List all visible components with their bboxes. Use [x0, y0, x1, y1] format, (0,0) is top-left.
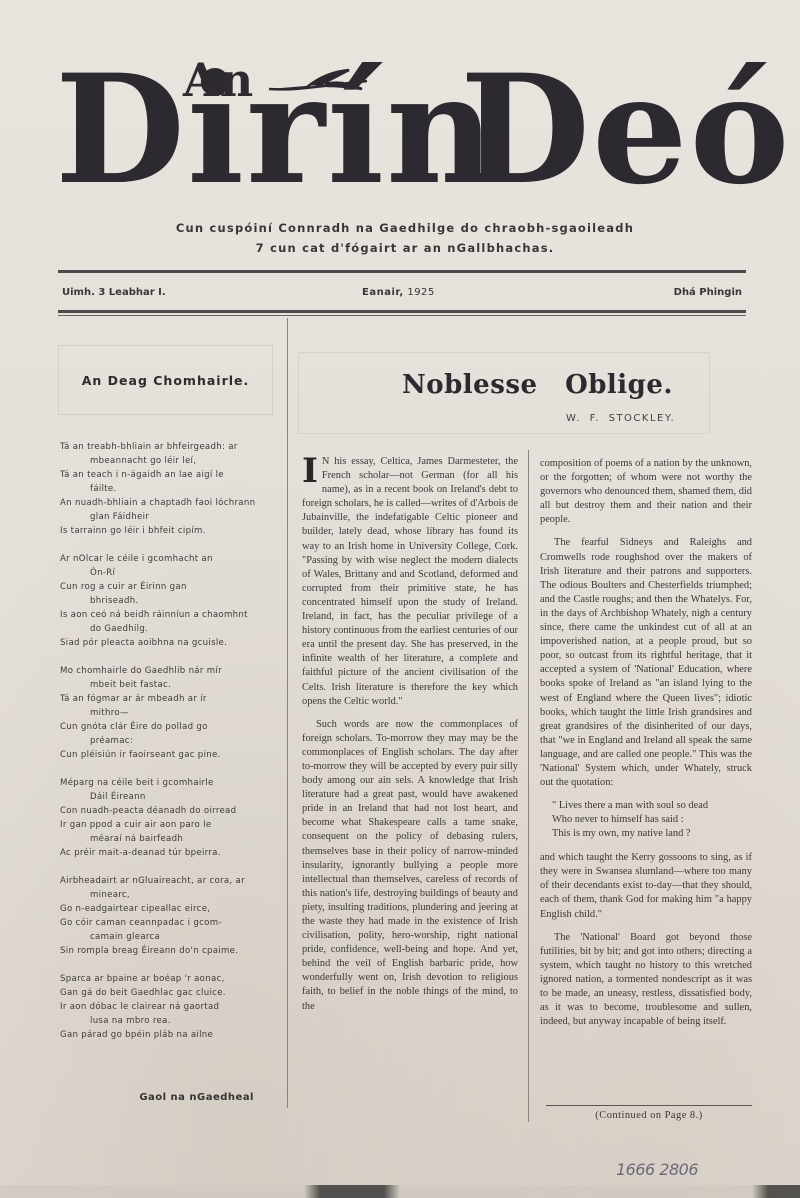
poem-line: camain glearca	[60, 930, 282, 944]
poem-line: Go n-eadgairtear cipeallac eirce,	[60, 902, 282, 916]
poem-stanza: Ar nOlcar le céile i gcomhacht anÓn-RíCu…	[60, 552, 282, 650]
poem-line: Ón-Rí	[60, 566, 282, 580]
poem-title-box: An Deag Chomhairle.	[58, 345, 273, 415]
poem-line: Cun pléisiún ir faoirseant gac pine.	[60, 748, 282, 762]
masthead: Dirín Deó An	[55, 35, 755, 215]
poem-line: Sin rompla breag Éireann do'n cpaime.	[60, 944, 282, 958]
poem-line: Go cóir caman ceannpadac i gcom-	[60, 916, 282, 930]
poem-line: lusa na mbro rea.	[60, 1014, 282, 1028]
article-paragraph: The fearful Sidneys and Raleighs and Cro…	[540, 536, 752, 790]
poem-line: An nuadh-bhliain a chaptadh faoi lóchran…	[60, 496, 282, 510]
poem-stanza: Tá an treabh-bhliain ar bhfeirgeadh: arm…	[60, 440, 282, 538]
poem-stanza: Mo chomhairle do Gaedhlib nár mírmbeit b…	[60, 664, 282, 762]
poem-line: Tá an treabh-bhliain ar bhfeirgeadh: ar	[60, 440, 282, 454]
catalog-number: 1666 2806	[616, 1160, 698, 1179]
poem-line: mithro—	[60, 706, 282, 720]
article-column-3: composition of poems of a nation by the …	[540, 457, 752, 1038]
issue-bar-bottom-rule	[58, 310, 746, 313]
issue-price: Dhá Phingin	[674, 287, 742, 298]
poem-title: An Deag Chomhairle.	[82, 373, 250, 388]
article-title: Noblesse Oblige.	[402, 370, 673, 400]
article-paragraph: IN his essay, Celtica, James Darmesteter…	[302, 455, 518, 709]
poem-line: préamac:	[60, 734, 282, 748]
issue-date: Eanair, 1925	[362, 287, 435, 298]
poem-line: Tá an fógmar ar ár mbeadh ar ír	[60, 692, 282, 706]
poem-line: do Gaedhilg.	[60, 622, 282, 636]
poem-quotation: " Lives there a man with soul so dead Wh…	[552, 799, 752, 841]
poem-line: Ir gan ppod a cuir air aon paro le	[60, 818, 282, 832]
poem-line: Ir aon dóbac le clairear ná gaortad	[60, 1000, 282, 1014]
poem-stanza: Méparg na céile beit i gcomhairleDáil Éi…	[60, 776, 282, 860]
issue-month: Eanair,	[362, 287, 404, 298]
continued-note: (Continued on Page 8.)	[546, 1110, 752, 1121]
masthead-title-word2: Deó	[460, 55, 792, 205]
poem-line: Is tarrainn go léir i bhfeit cipím.	[60, 524, 282, 538]
poem-line: mbeit beit fastac.	[60, 678, 282, 692]
masthead-subtitle: Cun cuspóiní Connradh na Gaedhilge do ch…	[55, 218, 755, 258]
column-divider-1	[287, 318, 288, 1108]
poem-line: Gan párad go bpéin pláb na ailne	[60, 1028, 282, 1042]
poem-line: Méparg na céile beit i gcomhairle	[60, 776, 282, 790]
poem-line: Con nuadh-peacta déanadh do oirread	[60, 804, 282, 818]
poem-body: Tá an treabh-bhliain ar bhfeirgeadh: arm…	[60, 440, 282, 1056]
poem-line: Cun rog a cuir ar Éirinn gan	[60, 580, 282, 594]
poem-stanza: Sparca ar bpaine ar boéap 'r aonac,Gan g…	[60, 972, 282, 1042]
poem-line: Sparca ar bpaine ar boéap 'r aonac,	[60, 972, 282, 986]
newspaper-page: Dirín Deó An Cun cuspóiní Connradh na Ga…	[0, 0, 800, 1198]
issue-year: 1925	[407, 287, 434, 298]
poem-line: Ac préir mait-a-deanad túr bpeirra.	[60, 846, 282, 860]
top-rule	[58, 270, 746, 273]
leaf-flourish-icon	[267, 67, 377, 97]
poem-stanza: Airbheadairt ar nGluaireacht, ar cora, a…	[60, 874, 282, 958]
poem-line: minearc,	[60, 888, 282, 902]
poem-line: bhriseadh.	[60, 594, 282, 608]
quote-line: This is my own, my native land ?	[552, 827, 752, 841]
poem-line: Gan gá do beit Gaedhlac gac cluice.	[60, 986, 282, 1000]
poem-line: Ar nOlcar le céile i gcomhacht an	[60, 552, 282, 566]
subtitle-line-2: 7 cun cat d'fógairt ar an nGallbhachas.	[55, 238, 755, 258]
subtitle-line-1: Cun cuspóiní Connradh na Gaedhilge do ch…	[55, 218, 755, 238]
article-paragraph: The 'National' Board got beyond those fu…	[540, 931, 752, 1030]
poem-line: méaraí ná bairfeadh	[60, 832, 282, 846]
poem-line: Airbheadairt ar nGluaireacht, ar cora, a…	[60, 874, 282, 888]
poem-line: Siad pór pleacta aoibhna na gcuisle.	[60, 636, 282, 650]
poem-line: mbeannacht go léir leí,	[60, 454, 282, 468]
quote-line: " Lives there a man with soul so dead	[552, 799, 752, 813]
article-author: W. F. STOCKLEY.	[566, 413, 675, 424]
article-column-2: IN his essay, Celtica, James Darmesteter…	[302, 455, 518, 1023]
article-paragraph: and which taught the Kerry gossoons to s…	[540, 851, 752, 921]
article-paragraph: Such words are now the commonplaces of f…	[302, 718, 518, 1014]
masthead-prefix: An	[183, 53, 254, 107]
poem-line: Is aon ceó ná beidh ráinníun a chaomhnt	[60, 608, 282, 622]
continued-rule	[546, 1105, 752, 1106]
poem-line: Mo chomhairle do Gaedhlib nár mír	[60, 664, 282, 678]
volume-number: Uimh. 3 Leabhar I.	[62, 287, 166, 298]
column-divider-2	[528, 450, 529, 1122]
issue-bar-bottom-rule-thin	[58, 315, 746, 316]
quote-line: Who never to himself has said :	[552, 813, 752, 827]
drop-cap: I	[302, 456, 318, 486]
poem-line: Cun gnóta clár Éire do pollad go	[60, 720, 282, 734]
poem-line: glan Fáidheir	[60, 510, 282, 524]
poem-author: Gaol na nGaedheal	[60, 1092, 282, 1103]
poem-line: Tá an teach i n-ágaidh an lae aigí le	[60, 468, 282, 482]
poem-line: Dáil Éireann	[60, 790, 282, 804]
poem-line: fáilte.	[60, 482, 282, 496]
article-paragraph: composition of poems of a nation by the …	[540, 457, 752, 527]
issue-bar: Uimh. 3 Leabhar I. Eanair, 1925 Dhá Phin…	[62, 287, 742, 305]
page-bottom-edge	[0, 1185, 800, 1198]
